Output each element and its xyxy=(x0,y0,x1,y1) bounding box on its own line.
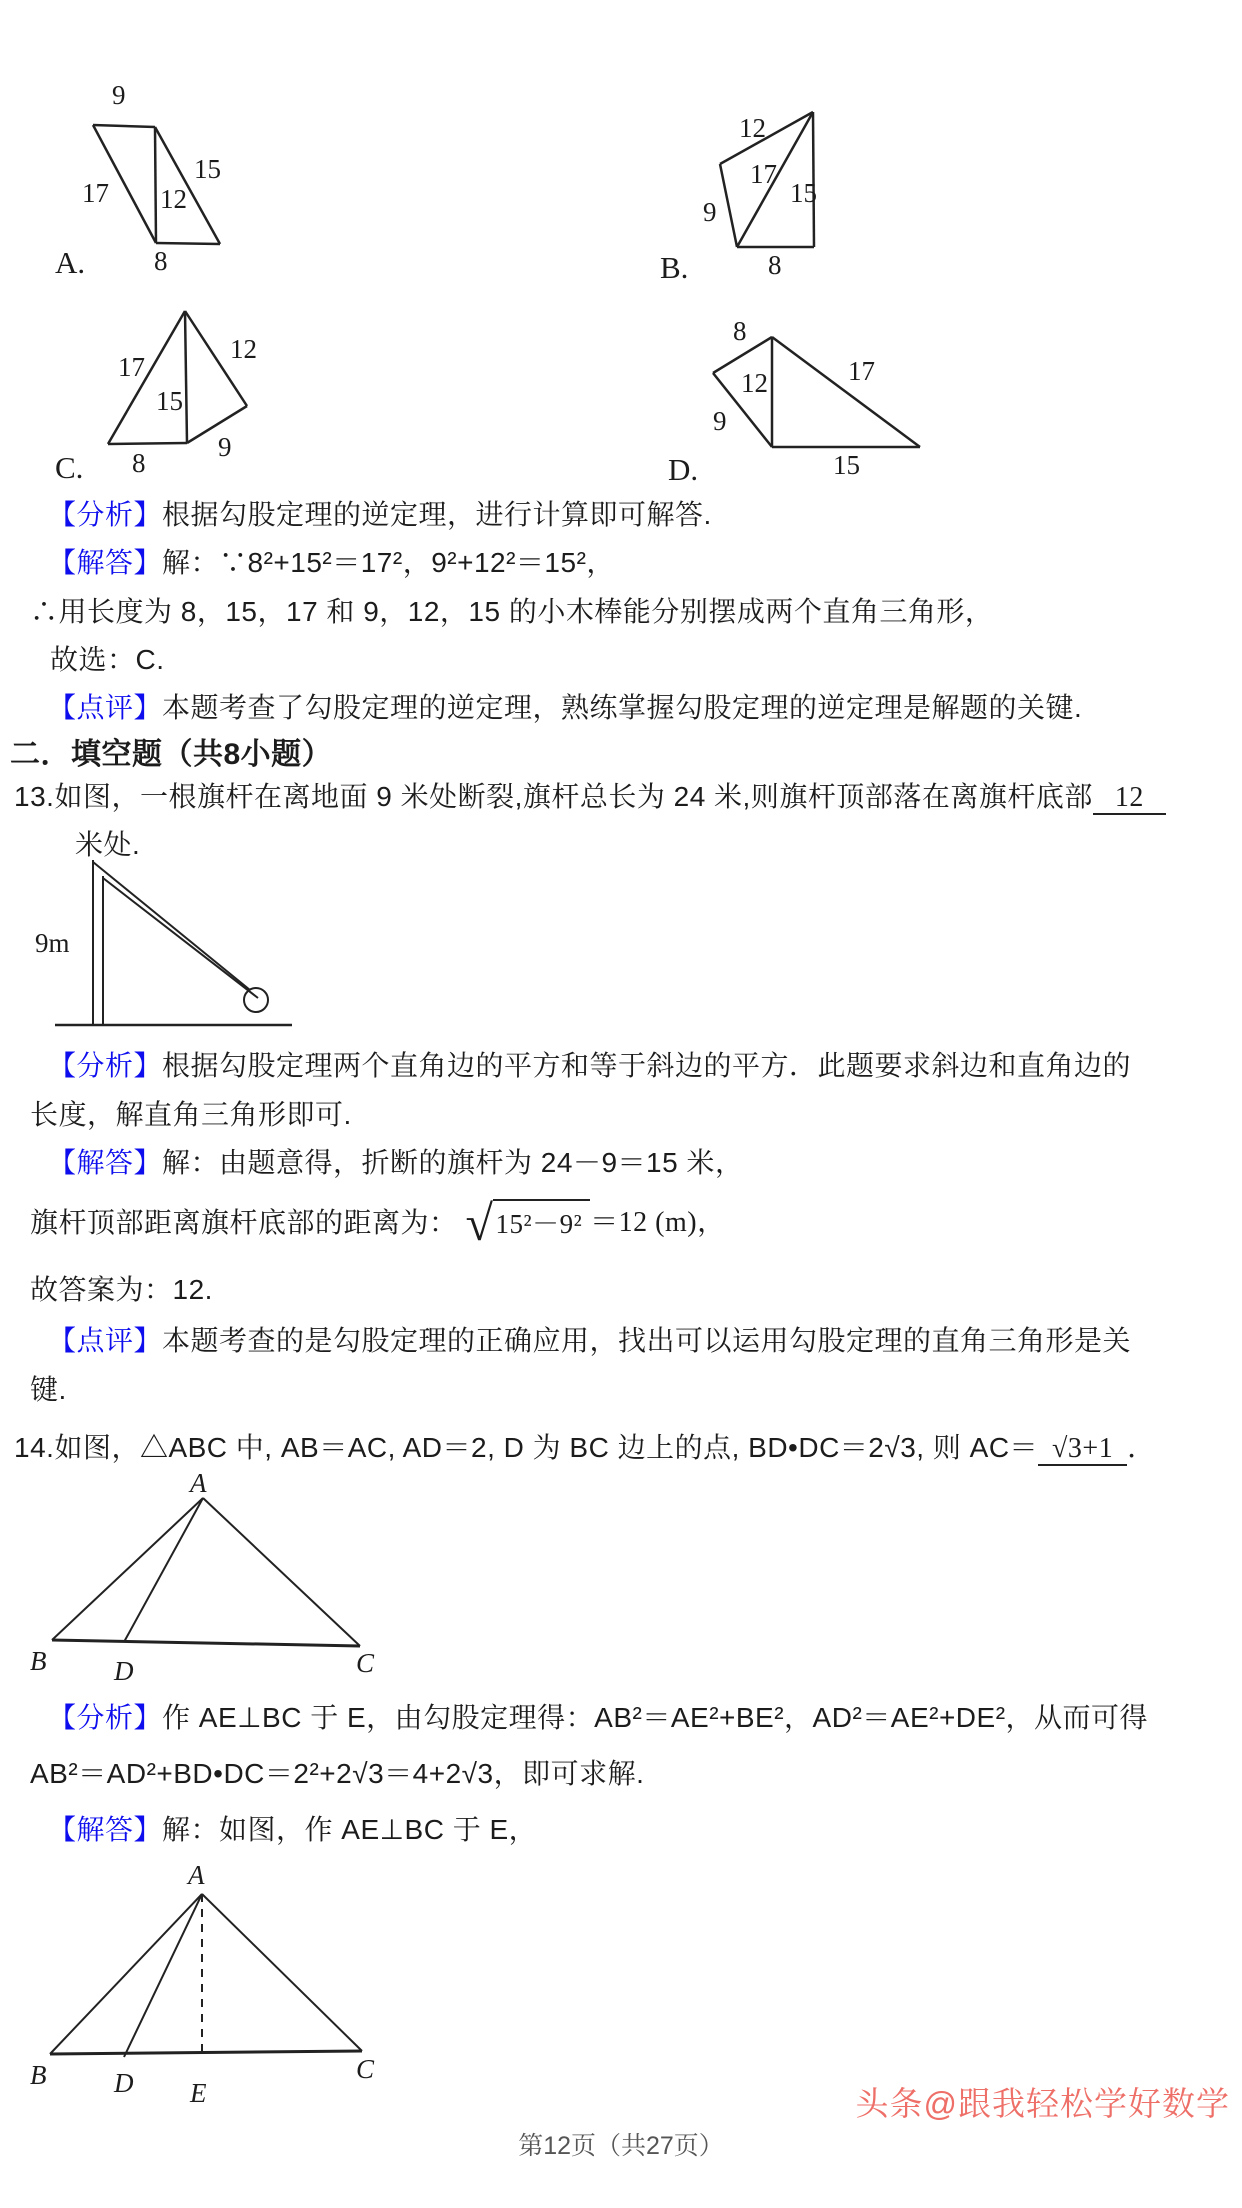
worksheet-page: 9 17 12 15 8 A. 12 17 9 15 8 B. 17 15 xyxy=(0,0,1242,2208)
q14-triangle-figure: A B D C xyxy=(28,1468,438,1688)
choice-d-letter: D. xyxy=(668,452,698,488)
q13-comment-line1: 【点评】本题考查的是勾股定理的正确应用，找出可以运用勾股定理的直角三角形是关 xyxy=(48,1323,1131,1359)
q14-answer-text1: 解：如图，作 AE⊥BC 于 E， xyxy=(162,1814,537,1845)
side-label: 17 xyxy=(848,358,875,385)
q14-statement: 14.如图，△ABC 中, AB＝AC, AD＝2, D 为 BC 边上的点, … xyxy=(14,1430,1156,1467)
vertex-d-label: D xyxy=(114,2070,134,2097)
side-label: 9 xyxy=(218,434,232,461)
analysis-label: 【分析】 xyxy=(48,1702,162,1733)
q14-analysis-line2: AB²＝AD²+BD•DC＝2²+2√3＝4+2√3，即可求解. xyxy=(30,1756,644,1792)
q13-comment-text2: 键. xyxy=(30,1374,67,1405)
side-label: 8 xyxy=(154,248,168,275)
section-header: 二．填空题（共8小题） xyxy=(10,737,332,773)
section-title: 二．填空题（共8小题） xyxy=(10,738,332,771)
q13-analysis-line1: 【分析】根据勾股定理两个直角边的平方和等于斜边的平方．此题要求斜边和直角边的 xyxy=(48,1048,1131,1084)
q13-comment-text1: 本题考查的是勾股定理的正确应用，找出可以运用勾股定理的直角三角形是关 xyxy=(162,1325,1131,1356)
choice-a-letter: A. xyxy=(55,245,85,281)
q12-comment-text: 本题考查了勾股定理的逆定理，熟练掌握勾股定理的逆定理是解题的关键. xyxy=(162,692,1082,723)
q13-answer-line1: 【解答】解：由题意得，折断的旗杆为 24－9＝15 米， xyxy=(48,1145,743,1181)
q12-comment-line: 【点评】本题考查了勾股定理的逆定理，熟练掌握勾股定理的逆定理是解题的关键. xyxy=(48,690,1082,726)
comment-label: 【点评】 xyxy=(48,692,162,723)
q14-tail: ． xyxy=(1127,1432,1156,1463)
side-label: 15 xyxy=(156,388,183,415)
vertex-c-label: C xyxy=(356,2056,374,2083)
q12-answer-text2: ∴用长度为 8，15，17 和 9，12，15 的小木棒能分别摆成两个直角三角形… xyxy=(30,596,993,627)
q12-answer-text3: 故选：C. xyxy=(50,644,165,675)
q13-formula-line: 旗杆顶部距离旗杆底部的距离为： √ 15²－9² ＝12 (m)， xyxy=(30,1192,726,1254)
vertex-a-label: A xyxy=(188,1862,205,1889)
formula-result: ＝12 (m)， xyxy=(590,1205,725,1241)
q13-answer-text3: 故答案为：12. xyxy=(30,1274,213,1305)
analysis-label: 【分析】 xyxy=(48,1050,162,1081)
q12-answer-line2: ∴用长度为 8，15，17 和 9，12，15 的小木棒能分别摆成两个直角三角形… xyxy=(30,594,993,630)
q14-analysis-line1: 【分析】作 AE⊥BC 于 E，由勾股定理得：AB²＝AE²+BE²，AD²＝A… xyxy=(48,1700,1148,1736)
answer-label: 【解答】 xyxy=(48,547,162,578)
vertex-a-label: A xyxy=(190,1470,207,1497)
analysis-label: 【分析】 xyxy=(48,499,162,530)
side-label: 15 xyxy=(833,452,860,479)
q13-comment-line2: 键. xyxy=(30,1372,67,1408)
vertex-c-label: C xyxy=(356,1650,374,1677)
triangle-abc-diagram xyxy=(28,1468,438,1688)
side-label: 9 xyxy=(703,199,717,226)
side-label: 8 xyxy=(132,450,146,477)
side-label: 12 xyxy=(160,186,187,213)
side-label: 12 xyxy=(230,336,257,363)
q12-answer-line1: 【解答】解：∵8²+15²＝17²，9²+12²＝15²， xyxy=(48,545,615,581)
vertex-d-label: D xyxy=(114,1658,134,1685)
comment-label: 【点评】 xyxy=(48,1325,162,1356)
q13-text: 如图，一根旗杆在离地面 9 米处断裂,旗杆总长为 24 米,则旗杆顶部落在离旗杆… xyxy=(54,781,1092,812)
side-label: 9 xyxy=(713,408,727,435)
q13-number: 13. xyxy=(14,781,54,812)
q14-answer-line1: 【解答】解：如图，作 AE⊥BC 于 E， xyxy=(48,1812,537,1848)
side-label: 12 xyxy=(741,370,768,397)
q12-analysis-text: 根据勾股定理的逆定理，进行计算即可解答. xyxy=(162,499,712,530)
q14-number: 14. xyxy=(14,1432,54,1463)
side-label: 15 xyxy=(194,156,221,183)
q14-text: 如图，△ABC 中, AB＝AC, AD＝2, D 为 BC 边上的点, BD•… xyxy=(54,1432,1038,1463)
side-label: 8 xyxy=(733,318,747,345)
side-label: 12 xyxy=(739,115,766,142)
choice-c-letter: C. xyxy=(55,450,83,486)
sqrt-radical-sign: √ xyxy=(466,1198,494,1248)
formula-prefix: 旗杆顶部距离旗杆底部的距离为： xyxy=(30,1205,458,1241)
q12-answer-text1: 解：∵8²+15²＝17²，9²+12²＝15²， xyxy=(162,547,615,578)
side-label: 17 xyxy=(118,354,145,381)
choice-d-figure: 8 12 9 17 15 xyxy=(655,318,955,488)
vertex-b-label: B xyxy=(30,2062,47,2089)
flagpole-diagram xyxy=(30,852,320,1037)
choice-b-figure: 12 17 9 15 8 xyxy=(655,85,890,285)
answer-label: 【解答】 xyxy=(48,1814,162,1845)
q13-answer-text1: 解：由题意得，折断的旗杆为 24－9＝15 米， xyxy=(162,1147,743,1178)
q13-analysis-text2: 长度，解直角三角形即可. xyxy=(30,1099,352,1130)
q12-analysis-line: 【分析】根据勾股定理的逆定理，进行计算即可解答. xyxy=(48,497,712,533)
side-label: 15 xyxy=(790,180,817,207)
pole-height-label: 9m xyxy=(35,930,70,957)
q14-analysis-text2: AB²＝AD²+BD•DC＝2²+2√3＝4+2√3，即可求解. xyxy=(30,1758,644,1789)
vertex-b-label: B xyxy=(30,1648,47,1675)
formula-radicand: 15²－9² xyxy=(493,1199,590,1242)
q13-statement: 13.如图，一根旗杆在离地面 9 米处断裂,旗杆总长为 24 米,则旗杆顶部落在… xyxy=(14,779,1166,816)
page-footer: 第12页（共27页） xyxy=(0,2126,1242,2162)
side-label: 9 xyxy=(112,82,126,109)
choice-d-diagram xyxy=(655,318,955,488)
q13-analysis-text1: 根据勾股定理两个直角边的平方和等于斜边的平方．此题要求斜边和直角边的 xyxy=(162,1050,1131,1081)
choice-b-letter: B. xyxy=(660,250,688,286)
watermark-text: 头条@跟我轻松学好数学 xyxy=(856,2078,1231,2125)
q13-answer-blank: 12 xyxy=(1093,782,1166,815)
q13-analysis-line2: 长度，解直角三角形即可. xyxy=(30,1097,352,1133)
side-label: 8 xyxy=(768,252,782,279)
q13-flagpole-figure: 9m xyxy=(30,852,320,1037)
q13-answer-line3: 故答案为：12. xyxy=(30,1272,213,1308)
q14-analysis-text1: 作 AE⊥BC 于 E，由勾股定理得：AB²＝AE²+BE²，AD²＝AE²+D… xyxy=(162,1702,1148,1733)
triangle-abce-diagram xyxy=(28,1858,438,2108)
q12-answer-line3: 故选：C. xyxy=(50,642,165,678)
q14-answer-blank: √3+1 xyxy=(1038,1433,1127,1466)
side-label: 17 xyxy=(82,180,109,207)
page-number-text: 第12页（共27页） xyxy=(518,2132,724,2160)
q14-solution-figure: A B D E C xyxy=(28,1858,438,2108)
vertex-e-label: E xyxy=(190,2080,207,2107)
side-label: 17 xyxy=(750,161,777,188)
answer-label: 【解答】 xyxy=(48,1147,162,1178)
